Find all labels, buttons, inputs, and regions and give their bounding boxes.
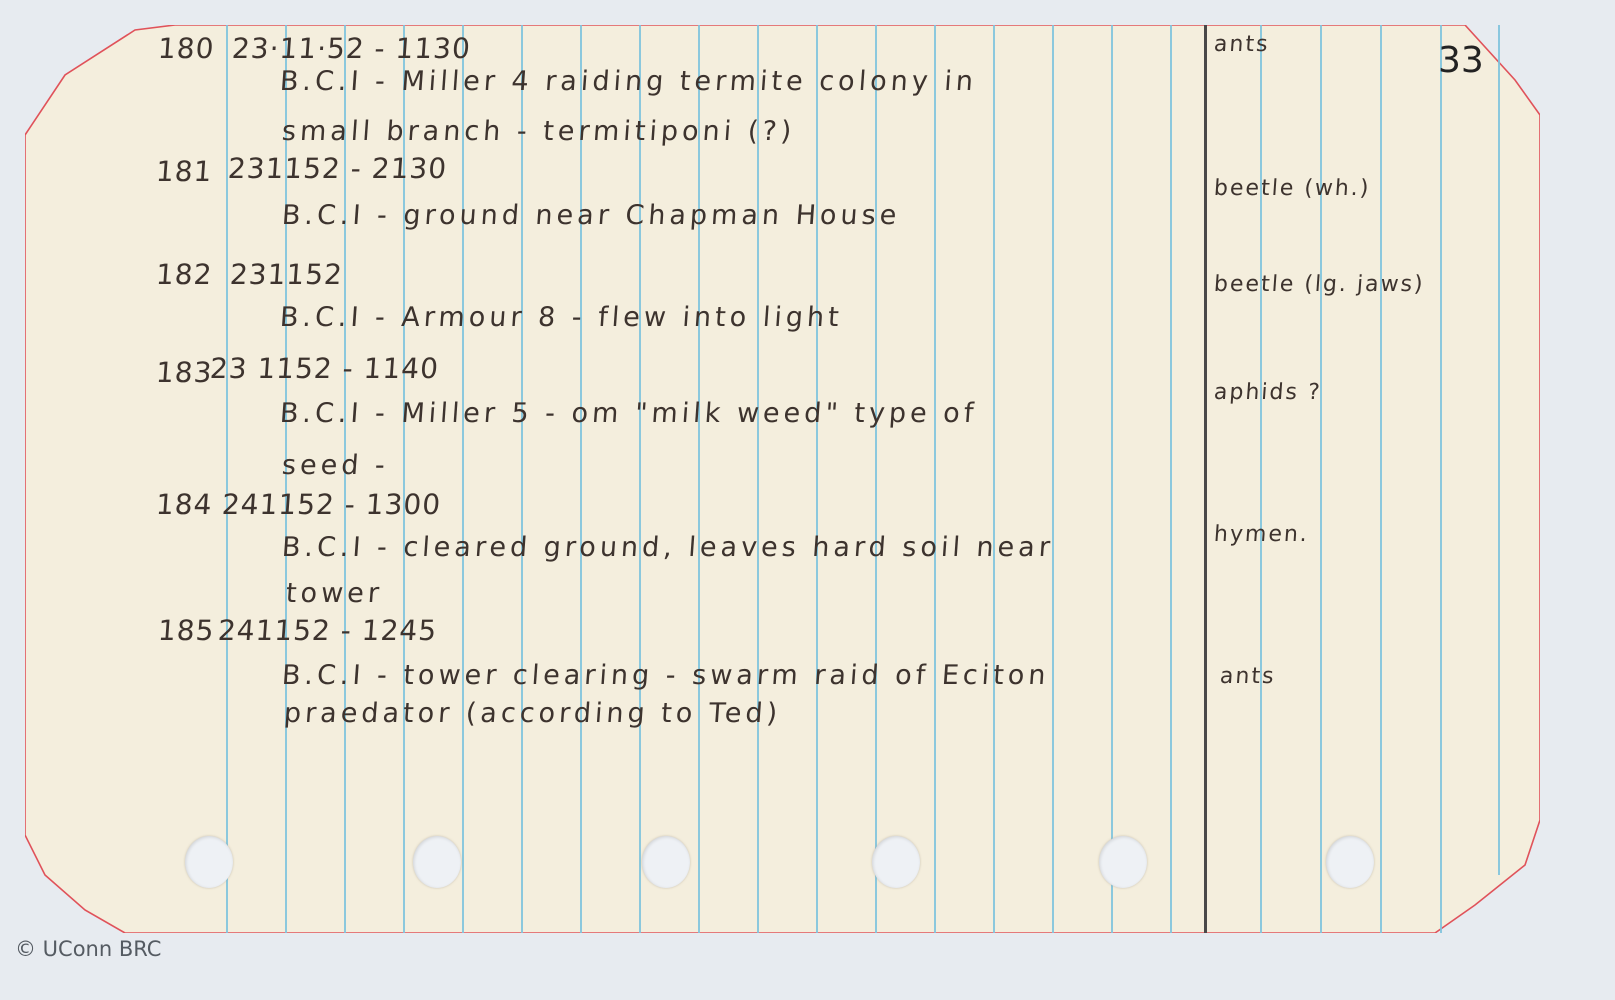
rule-line: [1380, 25, 1382, 933]
rule-line: [875, 25, 877, 933]
entry-classification: beetle (wh.): [1213, 176, 1371, 201]
rule-line: [816, 25, 818, 933]
entry-classification: beetle (lg. jaws): [1213, 272, 1425, 297]
rule-line: [757, 25, 759, 933]
rule-line: [639, 25, 641, 933]
entry-date-time: 231152 - 2130: [227, 152, 448, 185]
rule-line: [1498, 25, 1500, 875]
rule-line: [1170, 25, 1172, 933]
entry-line: B.C.I - tower clearing - swarm raid of E…: [281, 660, 1051, 691]
punch-hole: [1326, 836, 1374, 888]
entry-line: B.C.I - Armour 8 - flew into light: [279, 302, 844, 333]
punch-hole: [413, 836, 461, 888]
rule-line: [580, 25, 582, 933]
entry-number: 183: [155, 356, 214, 389]
entry-number: 184: [155, 488, 214, 521]
column-divider: [1204, 25, 1207, 933]
entry-line: small branch - termitiponi (?): [281, 116, 796, 147]
punch-hole: [872, 836, 920, 888]
entry-classification: hymen.: [1213, 522, 1310, 547]
punch-hole: [642, 836, 690, 888]
rule-line: [698, 25, 700, 933]
rule-line: [993, 25, 995, 933]
rule-line: [1320, 25, 1322, 933]
entry-date-time: 23·11·52 - 1130: [231, 32, 472, 65]
entry-date-time: 241152 - 1245: [217, 614, 438, 647]
entry-line: seed -: [281, 450, 390, 481]
rule-line: [1440, 25, 1442, 933]
entry-number: 182: [155, 258, 214, 291]
entry-line: B.C.I - Miller 4 raiding termite colony …: [279, 66, 978, 97]
punch-hole: [1099, 836, 1147, 888]
punch-hole: [185, 836, 233, 888]
entry-line: tower: [285, 578, 384, 609]
entry-number: 180: [157, 32, 216, 65]
entry-date-time: 231152: [229, 258, 344, 291]
entry-number: 181: [155, 155, 214, 188]
rule-line: [521, 25, 523, 933]
rule-line: [1052, 25, 1054, 933]
entry-line: B.C.I - cleared ground, leaves hard soil…: [281, 532, 1055, 563]
rule-line: [462, 25, 464, 933]
entry-classification: ants: [1219, 664, 1276, 689]
entry-line: praedator (according to Ted): [283, 698, 782, 729]
rule-line: [1111, 25, 1113, 933]
entry-date-time: 241152 - 1300: [221, 488, 442, 521]
copyright-label: © UConn BRC: [15, 937, 161, 961]
rule-line: [934, 25, 936, 933]
entry-number: 185: [157, 614, 216, 647]
rule-line: [226, 25, 228, 933]
entry-line: B.C.I - Miller 5 - om "milk weed" type o…: [279, 398, 978, 429]
rule-line: [1260, 25, 1262, 933]
entry-line: B.C.I - ground near Chapman House: [281, 200, 901, 231]
entry-classification: aphids ?: [1213, 380, 1322, 405]
entry-date-time: 23 1152 - 1140: [209, 352, 440, 385]
entry-classification: ants: [1213, 32, 1270, 57]
card-page-number: 33: [1438, 40, 1484, 81]
